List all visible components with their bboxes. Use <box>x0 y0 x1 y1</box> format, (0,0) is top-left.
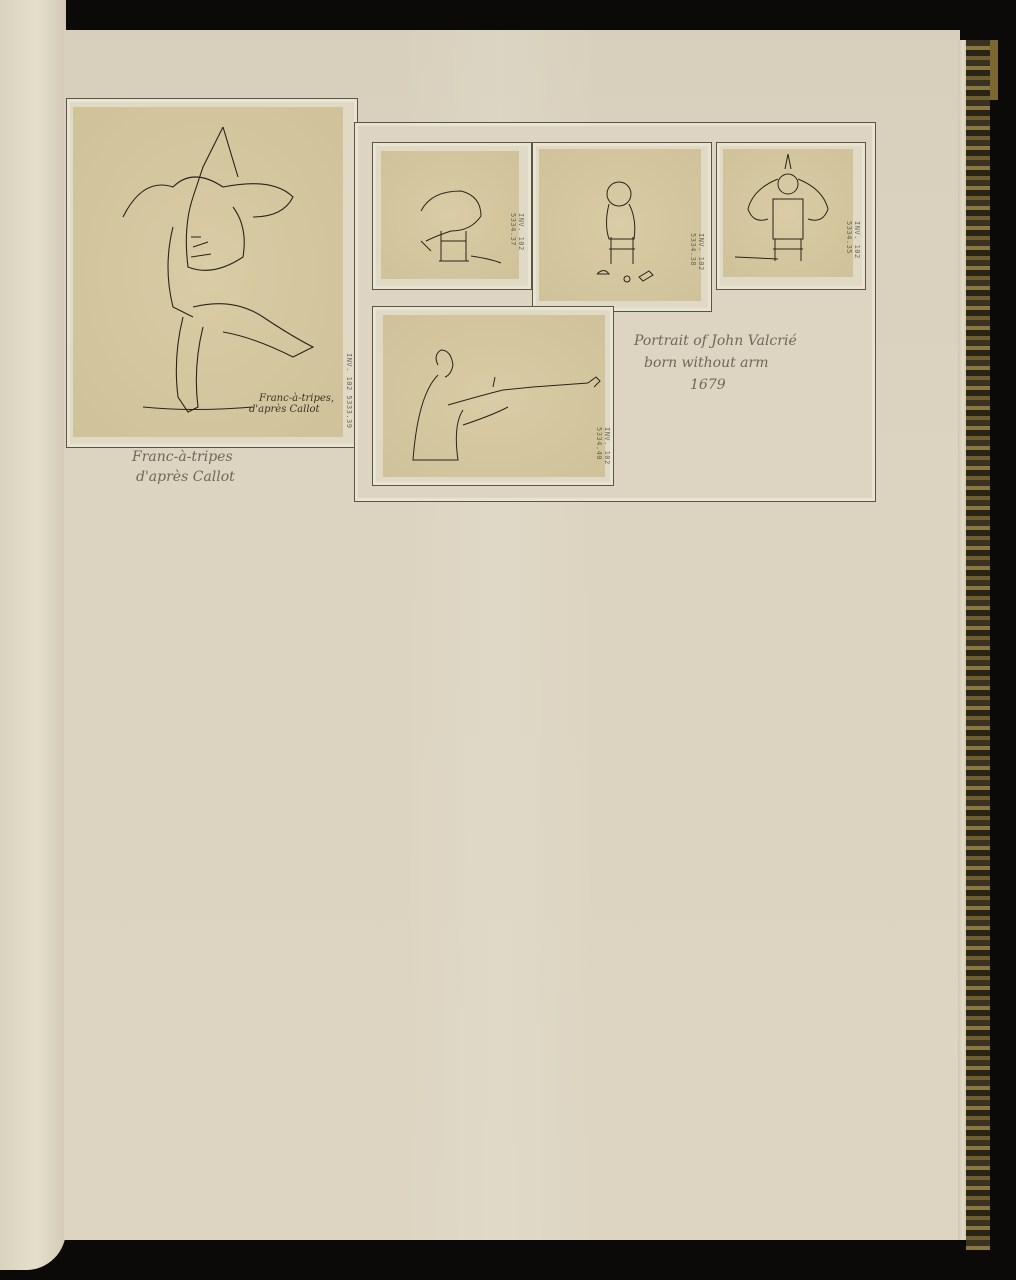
inventory-stamp: INV. 102 5334.40 <box>595 427 611 477</box>
inventory-stamp: INV. 102 5334.38 <box>689 233 705 301</box>
mount-franc-a-tripes: Franc-à-tripes, d'après Callot INV. 102 … <box>66 98 358 448</box>
inventory-stamp: INV. 102 5334.37 <box>509 213 525 279</box>
mount-valcrie-2: INV. 102 5334.38 <box>532 142 712 312</box>
drawing-valcrie-1: INV. 102 5334.37 <box>381 151 519 279</box>
figure-aiming-gun-sketch <box>383 315 605 477</box>
inventory-stamp: INV. 102 5334.35 <box>845 221 861 277</box>
hands-behind-head-sketch <box>723 149 853 277</box>
mount-valcrie-1: INV. 102 5334.37 <box>372 142 532 290</box>
binding-tab <box>990 40 998 100</box>
drawing-franc-a-tripes: Franc-à-tripes, d'après Callot INV. 102 … <box>73 107 343 437</box>
drawing-inscription: Franc-à-tripes, d'après Callot <box>259 393 334 415</box>
drawing-valcrie-2: INV. 102 5334.38 <box>539 149 701 301</box>
dancing-figure-sketch <box>73 107 343 437</box>
drawing-valcrie-3: INV. 102 5334.35 <box>723 149 853 277</box>
caption-franc-a-tripes: Franc-à-tripes d'après Callot <box>132 447 235 487</box>
bent-figure-sketch <box>381 151 519 279</box>
drawing-valcrie-4: INV. 102 5334.40 <box>383 315 605 477</box>
facing-page-edge <box>0 0 66 1270</box>
mount-valcrie-4: INV. 102 5334.40 <box>372 306 614 486</box>
inventory-stamp: INV. 102 5333.39 <box>345 353 353 428</box>
caption-john-valcrie: Portrait of John Valcrié born without ar… <box>634 330 797 396</box>
mount-valcrie-3: INV. 102 5334.35 <box>716 142 866 290</box>
gilt-binding-edge <box>966 40 990 1250</box>
seated-figure-sketch <box>539 149 701 301</box>
